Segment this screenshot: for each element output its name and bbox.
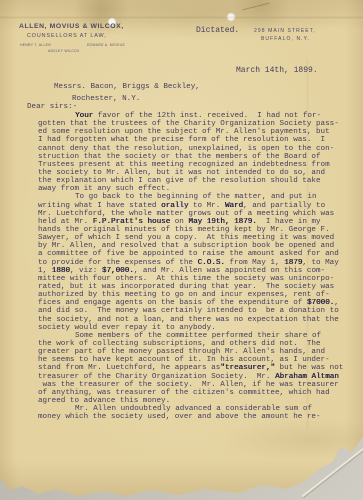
dictated-label: Dictated. [196,26,239,35]
partner-name-1: HENRY T. ALLEN [20,43,51,47]
letter-line: the society to Mr. Allen, but it was not… [38,169,350,177]
letter-line: Your favor of the 12th inst. received. I… [38,112,350,120]
letter-line: struction that the society or that the m… [38,153,350,161]
letter-line: rated, but it was incorporated during th… [38,283,350,291]
letter-line: To go back to the beginning of the matte… [38,193,350,201]
letter-line: of anything, was treasurer of the citize… [38,389,350,397]
letter-line: 1, 1880, viz: $7,000., and Mr. Allen was… [38,267,350,275]
letter-date: March 14th, 1899. [236,66,318,75]
partner-name-2: EDWARD A. MOVIUS [87,43,125,47]
letter-line: Sawyer, of which I send you a copy. At t… [38,234,350,242]
letter-line: hands the original minutes of this meeti… [38,226,350,234]
recipient-line-2: Rochester, N.Y. [72,95,140,103]
letter-line: agreed to advance this money. [38,397,350,405]
letter-line: writing what I have stated orally to Mr.… [38,202,350,210]
letter-line: the society, and not a loan, and there w… [38,316,350,324]
letter-line: society would ever repay it to anybody. [38,324,350,332]
letter-line: a committee of five be appointed to rais… [38,250,350,258]
scanned-letter-page: ALLEN, MOVIUS & WILCOX, COUNSELLORS AT L… [0,0,363,500]
letterhead-street: 298 MAIN STREET, [254,28,316,34]
salutation: Dear sirs:- [27,103,77,111]
letter-line: Mr. Luetchford, the whole matter grows o… [38,210,350,218]
letterhead-city: BUFFALO, N.Y. [261,36,310,42]
letter-line: I had forgotten what the precise form of… [38,136,350,144]
letter-line: by Mr. Allen, and resolved that a subscr… [38,242,350,250]
letter-line: and did so. The money was certainly inte… [38,307,350,315]
partner-name-3: ANSLEY WILCOX [48,49,80,53]
letter-line: mittee with four others. At this time th… [38,275,350,283]
letter-line: to provide for the expenses of the C.O.S… [38,259,350,267]
letter-line: was the treasurer of the society. Mr. Al… [38,381,350,389]
crease-mark [0,17,363,18]
letter-line: gotten that the trustees of the Charity … [38,120,350,128]
letter-line: ed some resolution upon the subject of M… [38,128,350,136]
letter-line: stand from Mr. Luetchford, he appears as… [38,364,350,372]
letter-line: money which the society used, over and a… [38,413,350,421]
letterhead-firm-name: ALLEN, MOVIUS & WILCOX, [19,23,124,30]
letter-line: treasurer of the Charity Organization So… [38,373,350,381]
letter-line: Mr. Allen undoubtedly advanced a conside… [38,405,350,413]
letter-line: fices and engage agents on the basis of … [38,299,350,307]
letter-line: greater part of the money passed through… [38,348,350,356]
letter-line: he seems to have kept account of it. In … [38,356,350,364]
letter-line: authorized by this meeting to go on and … [38,291,350,299]
letter-body: Your favor of the 12th inst. received. I… [38,112,350,421]
letter-line: cannot deny that the resolution, unexpla… [38,145,350,153]
letter-line: away from it any such effect. [38,185,350,193]
letter-line: held at Mr. F.P.Pratt's house on May 19t… [38,218,350,226]
letterhead-subtitle: COUNSELLORS AT LAW, [27,33,107,39]
letter-line: Some members of the committee performed … [38,332,350,340]
recipient-line-1: Messrs. Bacon, Briggs & Beckley, [54,83,200,91]
letter-line: Trustees present at this meeting recogni… [38,161,350,169]
letter-line: the work of collecting subscriptions, an… [38,340,350,348]
letterhead-partners: HENRY T. ALLEN EDWARD A. MOVIUS [20,43,125,47]
letter-line: the explanation which I can give of the … [38,177,350,185]
